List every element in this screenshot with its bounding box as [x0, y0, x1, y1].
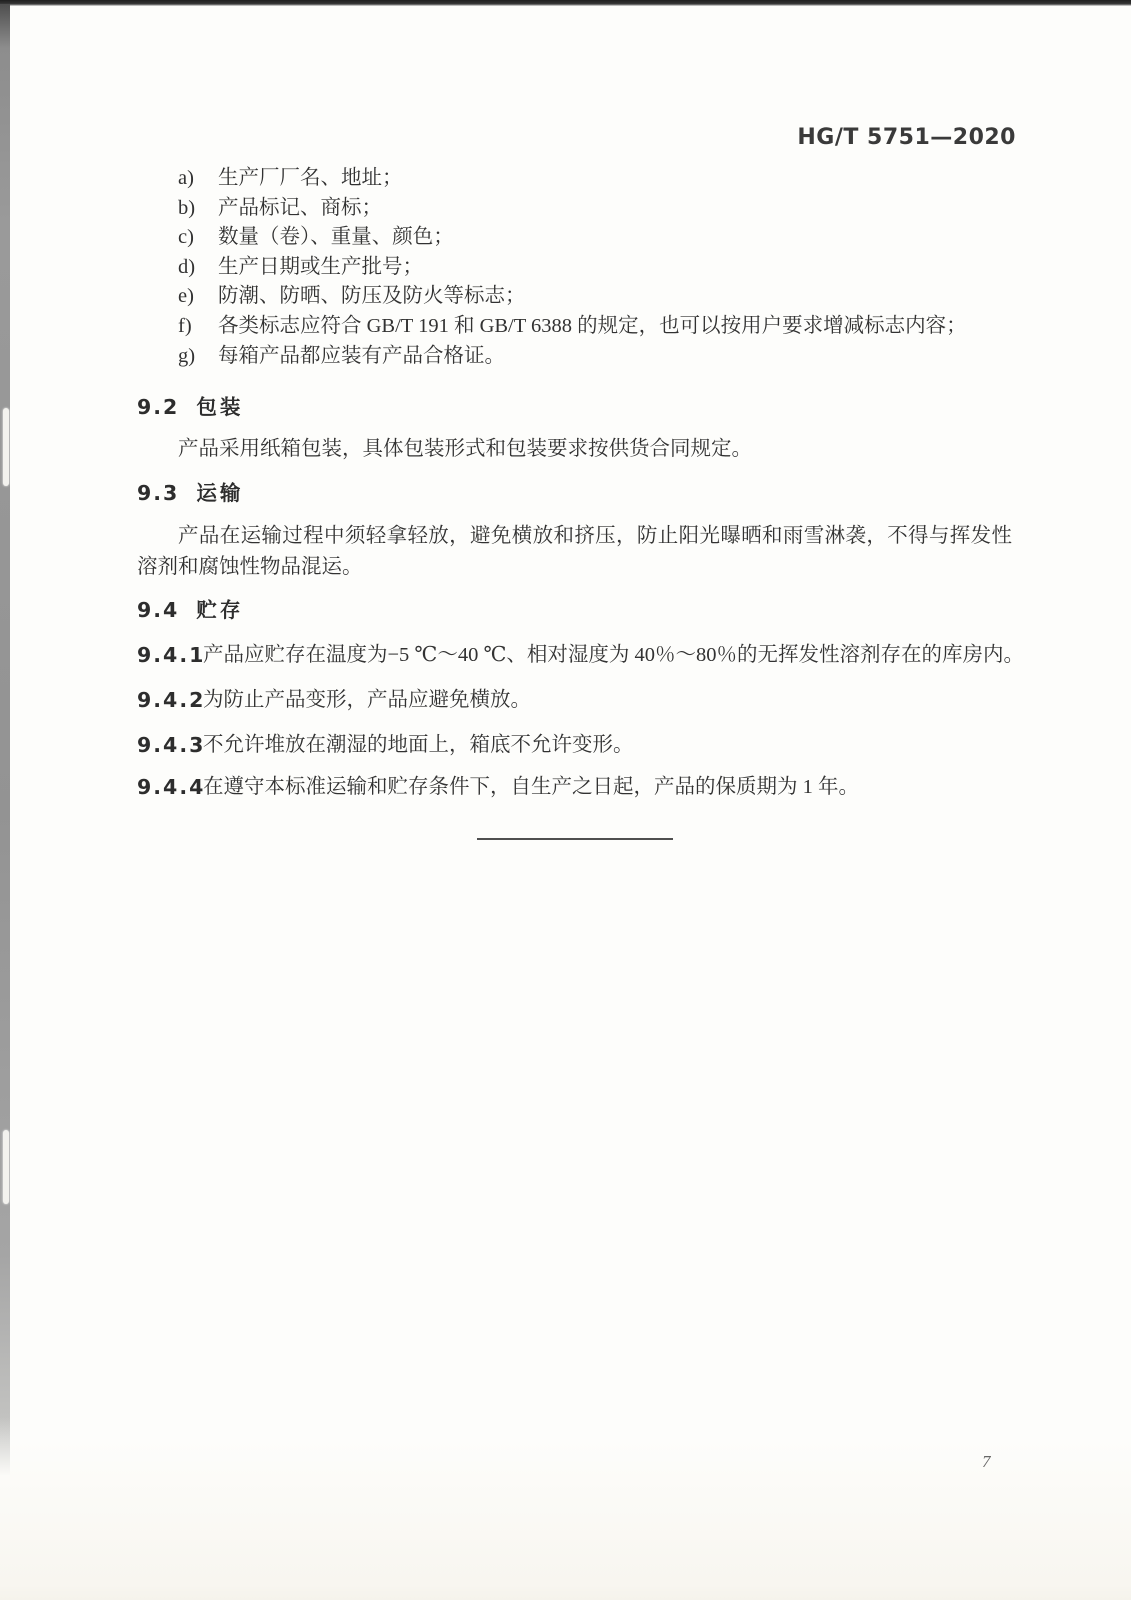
section-number: 9.2: [137, 395, 179, 419]
section-paragraph-9-2: 产品采用纸箱包装，具体包装形式和包装要求按供货合同规定。: [137, 434, 1012, 465]
end-of-document-rule: [477, 838, 673, 840]
list-item: b) 产品标记、商标；: [178, 194, 1038, 224]
list-item-marker: c): [178, 223, 218, 253]
clause-text: 不允许堆放在潮湿的地面上，箱底不允许变形。: [203, 733, 1042, 757]
list-item-text: 防潮、防晒、防压及防火等标志；: [218, 282, 1038, 312]
list-item: g) 每箱产品都应装有产品合格证。: [178, 342, 1038, 372]
section-number: 9.3: [137, 481, 179, 505]
section-heading-9-2: 9.2 包装: [137, 395, 243, 419]
list-item-text: 数量（卷）、重量、颜色；: [218, 223, 1038, 253]
section-heading-9-3: 9.3 运输: [137, 481, 243, 505]
list-item-marker: d): [178, 253, 218, 283]
page-number: 7: [982, 1452, 991, 1472]
section-title: 运输: [196, 481, 243, 505]
clause-number: 9.4.4: [137, 775, 203, 799]
section-heading-9-4: 9.4 贮存: [137, 598, 243, 622]
marking-list: a) 生产厂厂名、地址； b) 产品标记、商标； c) 数量（卷）、重量、颜色；…: [178, 164, 1038, 371]
section-paragraph-9-3: 产品在运输过程中须轻拿轻放，避免横放和挤压，防止阳光曝晒和雨雪淋袭，不得与挥发性…: [137, 521, 1012, 583]
clause-text: 产品应贮存在温度为−5 ℃～40 ℃、相对湿度为 40％～80％的无挥发性溶剂存…: [203, 643, 1042, 667]
list-item: e) 防潮、防晒、防压及防火等标志；: [178, 282, 1038, 312]
standard-code: HG/T 5751—2020: [797, 125, 1016, 150]
list-item-marker: f): [178, 312, 218, 342]
clause-row: 9.4.4 在遵守本标准运输和贮存条件下，自生产之日起，产品的保质期为 1 年。: [137, 775, 1042, 799]
document-page: HG/T 5751—2020 a) 生产厂厂名、地址； b) 产品标记、商标； …: [0, 0, 1131, 1600]
clause-row: 9.4.2 为防止产品变形，产品应避免横放。: [137, 688, 1042, 712]
list-item: a) 生产厂厂名、地址；: [178, 164, 1038, 194]
section-title: 包装: [196, 395, 243, 419]
list-item-text: 每箱产品都应装有产品合格证。: [218, 342, 1038, 372]
list-item-marker: g): [178, 342, 218, 372]
list-item-text: 生产日期或生产批号；: [218, 253, 1038, 283]
list-item: f) 各类标志应符合 GB/T 191 和 GB/T 6388 的规定，也可以按…: [178, 312, 1038, 342]
clause-number: 9.4.1: [137, 643, 203, 667]
clause-text: 在遵守本标准运输和贮存条件下，自生产之日起，产品的保质期为 1 年。: [203, 775, 1042, 799]
scan-top-edge: [0, 0, 1131, 6]
clause-number: 9.4.3: [137, 733, 203, 757]
list-item-marker: b): [178, 194, 218, 224]
section-title: 贮存: [196, 598, 243, 622]
list-item-text: 生产厂厂名、地址；: [218, 164, 1038, 194]
scan-edge-notch: [3, 408, 9, 486]
list-item-marker: e): [178, 282, 218, 312]
scan-edge-notch: [3, 1130, 9, 1204]
list-item: d) 生产日期或生产批号；: [178, 253, 1038, 283]
clause-text: 为防止产品变形，产品应避免横放。: [203, 688, 1042, 712]
list-item: c) 数量（卷）、重量、颜色；: [178, 223, 1038, 253]
clause-number: 9.4.2: [137, 688, 203, 712]
clause-row: 9.4.1 产品应贮存在温度为−5 ℃～40 ℃、相对湿度为 40％～80％的无…: [137, 643, 1042, 667]
list-item-marker: a): [178, 164, 218, 194]
section-number: 9.4: [137, 598, 179, 622]
list-item-text: 产品标记、商标；: [218, 194, 1038, 224]
list-item-text: 各类标志应符合 GB/T 191 和 GB/T 6388 的规定，也可以按用户要…: [218, 312, 1038, 342]
scan-left-edge: [0, 4, 10, 1476]
clause-row: 9.4.3 不允许堆放在潮湿的地面上，箱底不允许变形。: [137, 733, 1042, 757]
